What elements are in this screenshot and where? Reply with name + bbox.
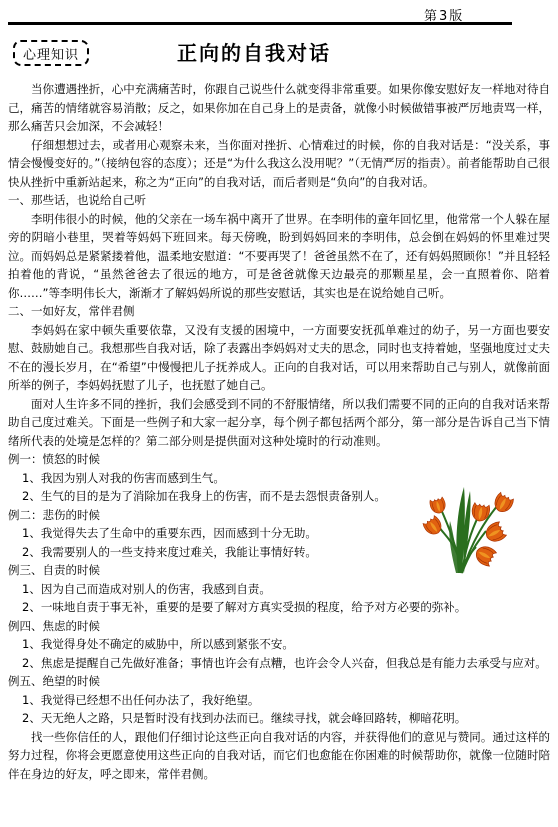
header-rule	[8, 22, 512, 25]
example-5-item-2: 2、天无绝人之路，只是暂时没有找到办法而已。继续寻找，就会峰回路转，柳暗花明。	[8, 709, 550, 728]
section-2-heading: 二、一如好友，常伴君侧	[8, 302, 550, 321]
reflection-paragraph: 仔细想想过去，或者用心观察未来，当你面对挫折、心情难过的时候，你的自我对话是：“…	[8, 136, 550, 192]
example-5-title: 例五、绝望的时候	[8, 672, 550, 691]
intro-paragraph: 当你遭遇挫折，心中充满痛苦时，你跟自己说些什么就变得非常重要。如果你像安慰好友一…	[8, 80, 550, 136]
article-body: 当你遭遇挫折，心中充满痛苦时，你跟自己说些什么就变得非常重要。如果你像安慰好友一…	[8, 80, 550, 783]
examples-intro-paragraph: 面对人生许多不同的挫折，我们会感受到不同的不舒服情绪，所以我们需要不同的正向的自…	[8, 395, 550, 451]
example-5-item-1: 1、我觉得已经想不出任何办法了，我好绝望。	[8, 691, 550, 710]
title-row: 心理知识 正向的自我对话	[0, 37, 558, 71]
section-1-heading: 一、那些话，也说给自己听	[8, 191, 550, 210]
page-title: 正向的自我对话	[0, 37, 508, 66]
example-4-item-2: 2、焦虑是提醒自己先做好准备；事情也许会有点糟，也许会令人兴奋，但我总是有能力去…	[8, 654, 550, 673]
closing-paragraph: 找一些你信任的人，跟他们仔细讨论这些正向自我对话的内容，并获得他们的意见与赞同。…	[8, 728, 550, 784]
example-1-title: 例一：愤怒的时候	[8, 450, 550, 469]
tulip-bouquet-image	[416, 481, 528, 581]
example-3-item-2: 2、一味地自责于事无补，重要的是要了解对方真实受损的程度，给予对方必要的弥补。	[8, 598, 550, 617]
mother-paragraph: 李妈妈在家中顿失重要依靠，又没有支援的困境中，一方面要安抚孤单难过的幼子，另一方…	[8, 321, 550, 395]
example-4-title: 例四、焦虑的时候	[8, 617, 550, 636]
example-3-item-1: 1、因为自己而造成对别人的伤害，我感到自责。	[8, 580, 550, 599]
example-4-item-1: 1、我觉得身处不确定的威胁中，所以感到紧张不安。	[8, 635, 550, 654]
story-paragraph: 李明伟很小的时候，他的父亲在一场车祸中离开了世界。在李明伟的童年回忆里，他常常一…	[8, 210, 550, 303]
